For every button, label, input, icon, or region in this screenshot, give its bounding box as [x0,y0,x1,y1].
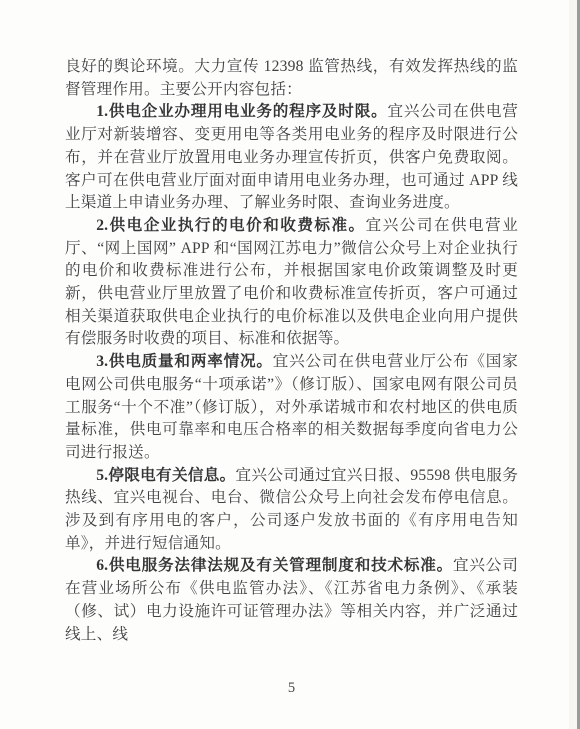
paragraph-item-5-heading: 5.停限电有关信息。 [96,467,235,484]
document-page: 良好的舆论环境。大力宣传 12398 监管热线，有效发挥热线的监督管理作用。主要… [0,0,580,729]
paragraph-item-1: 1.供电企业办理用电业务的程序及时限。宜兴公司在供电营业厅对新装增容、变更用电等… [65,101,518,215]
page-number: 5 [65,679,518,697]
paragraph-item-6: 6.供电服务法律法规及有关管理制度和技术标准。宜兴公司在营业场所公布《供电监管办… [65,555,518,646]
paragraph-item-2-body: 宜兴公司在供电营业厅、“网上国网” APP 和“国网江苏电力”微信公众号上对企业… [65,217,518,348]
paragraph-item-6-heading: 6.供电服务法律法规及有关管理制度和技术标准。 [96,557,453,574]
paragraph-item-2: 2.供电企业执行的电价和收费标准。宜兴公司在供电营业厅、“网上国网” APP 和… [65,215,518,351]
page-text-block: 良好的舆论环境。大力宣传 12398 监管热线，有效发挥热线的监督管理作用。主要… [65,56,518,646]
paragraph-item-2-heading: 2.供电企业执行的电价和收费标准。 [96,217,365,234]
paragraph-item-5: 5.停限电有关信息。宜兴公司通过宜兴日报、95598 供电服务热线、宜兴电视台、… [65,465,518,556]
paragraph-continuation: 良好的舆论环境。大力宣传 12398 监管热线，有效发挥热线的监督管理作用。主要… [65,56,518,101]
paragraph-item-3-heading: 3.供电质量和两率情况。 [96,353,273,370]
scan-edge-shadow [569,0,577,729]
paragraph-item-1-heading: 1.供电企业办理用电业务的程序及时限。 [96,103,387,120]
paragraph-item-3: 3.供电质量和两率情况。宜兴公司在供电营业厅公布《国家电网公司供电服务“十项承诺… [65,351,518,465]
